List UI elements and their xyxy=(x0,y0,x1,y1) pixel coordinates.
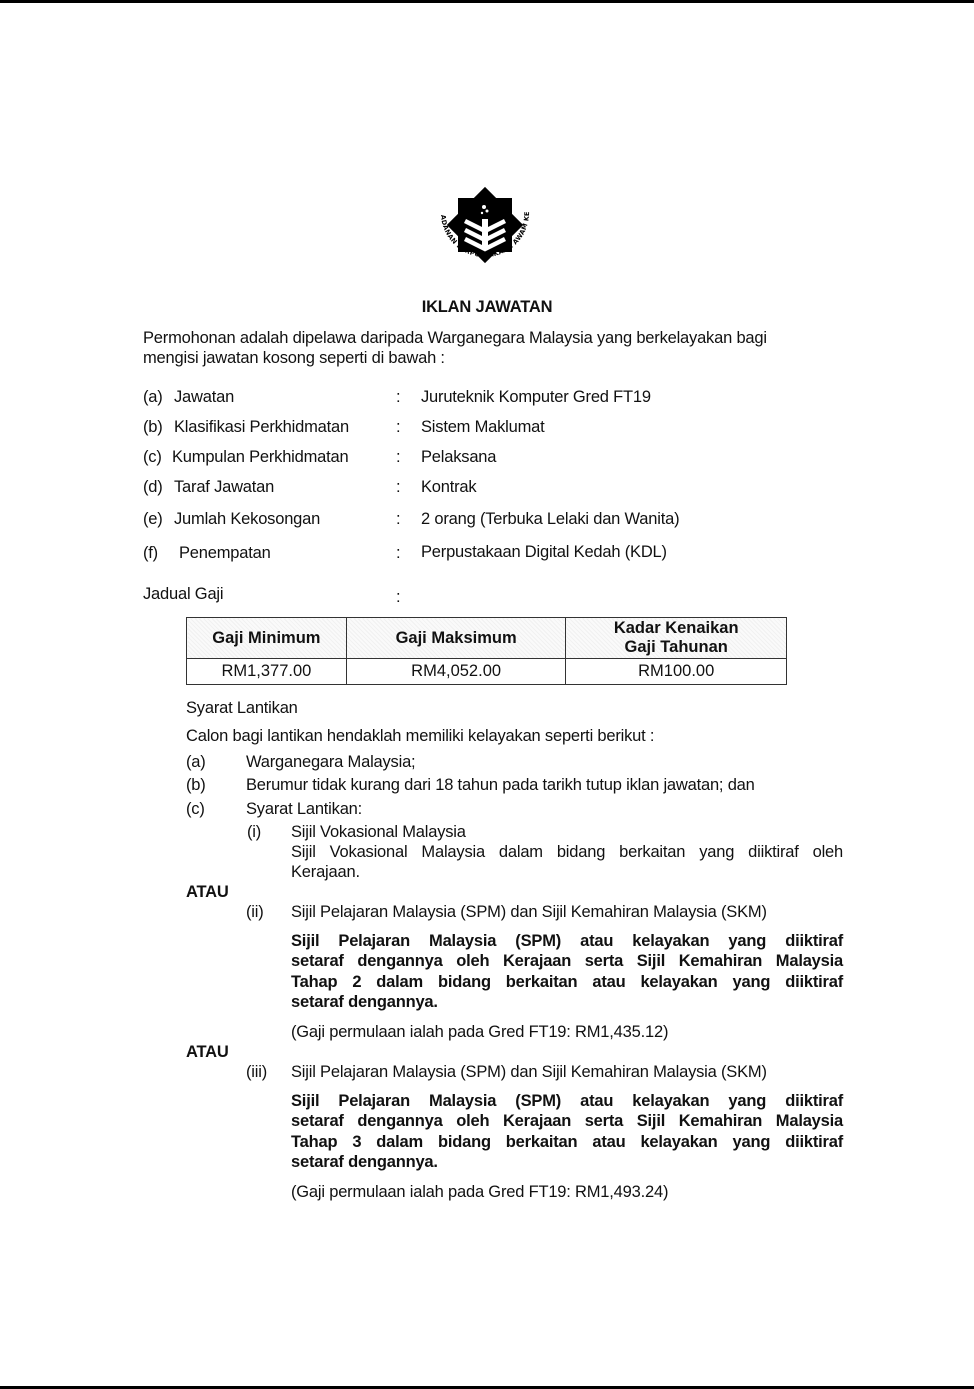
header-kadar-line-1: Kadar Kenaikan xyxy=(566,619,786,638)
option-desc-line-2: Kerajaan. xyxy=(291,863,360,882)
requirement-marker: (c) xyxy=(186,800,205,819)
detail-label: Taraf Jawatan xyxy=(174,478,274,497)
intro-line-2: mengisi jawatan kosong seperti di bawah … xyxy=(143,349,445,368)
header-kadar-line-2: Gaji Tahunan xyxy=(566,638,786,657)
option-title: Sijil Pelajaran Malaysia (SPM) dan Sijil… xyxy=(291,903,767,922)
option-connector-atau: ATAU xyxy=(186,883,229,902)
option-bold-line-3: Tahap 2 dalam bidang berkaitan atau kela… xyxy=(291,973,843,992)
header-gaji-minimum: Gaji Minimum xyxy=(187,618,347,659)
option-desc-line-1: Sijil Vokasional Malaysia dalam bidang b… xyxy=(291,843,843,862)
option-marker: (iii) xyxy=(246,1063,267,1082)
detail-label: Penempatan xyxy=(179,544,271,563)
detail-marker: (d) xyxy=(143,478,163,497)
detail-value: Perpustakaan Digital Kedah (KDL) xyxy=(421,543,667,562)
requirement-text: Syarat Lantikan: xyxy=(246,800,362,819)
detail-marker: (a) xyxy=(143,388,163,407)
value-kadar-kenaikan: RM100.00 xyxy=(566,659,787,685)
detail-value: Sistem Maklumat xyxy=(421,418,545,437)
detail-separator: : xyxy=(396,448,400,467)
option-title: Sijil Vokasional Malaysia xyxy=(291,823,466,842)
requirements-heading: Syarat Lantikan xyxy=(186,699,298,718)
option-salary-note: (Gaji permulaan ialah pada Gred FT19: RM… xyxy=(291,1023,668,1042)
requirement-text: Berumur tidak kurang dari 18 tahun pada … xyxy=(246,776,755,795)
detail-marker: (e) xyxy=(143,510,163,529)
salary-table-header-row: Gaji Minimum Gaji Maksimum Kadar Kenaika… xyxy=(187,618,787,659)
option-bold-line-2: setaraf dengannya oleh Kerajaan serta Si… xyxy=(291,1112,843,1131)
detail-value: Pelaksana xyxy=(421,448,496,467)
detail-marker: (f) xyxy=(143,544,158,563)
option-bold-line-1: Sijil Pelajaran Malaysia (SPM) atau kela… xyxy=(291,932,843,951)
detail-label: Klasifikasi Perkhidmatan xyxy=(174,418,349,437)
option-marker: (ii) xyxy=(246,903,264,922)
detail-separator: : xyxy=(396,388,400,407)
option-bold-line-2: setaraf dengannya oleh Kerajaan serta Si… xyxy=(291,952,843,971)
requirement-marker: (b) xyxy=(186,776,206,795)
option-salary-note: (Gaji permulaan ialah pada Gred FT19: RM… xyxy=(291,1183,668,1202)
option-bold-line-4: setaraf dengannya. xyxy=(291,993,438,1012)
option-bold-line-3: Tahap 3 dalam bidang berkaitan atau kela… xyxy=(291,1133,843,1152)
detail-value: Juruteknik Komputer Gred FT19 xyxy=(421,388,651,407)
option-connector-atau: ATAU xyxy=(186,1043,229,1062)
requirement-text: Warganegara Malaysia; xyxy=(246,753,415,772)
requirements-intro: Calon bagi lantikan hendaklah memiliki k… xyxy=(186,727,654,746)
option-bold-line-4: setaraf dengannya. xyxy=(291,1153,438,1172)
requirement-marker: (a) xyxy=(186,753,206,772)
detail-marker: (b) xyxy=(143,418,163,437)
salary-separator: : xyxy=(396,588,400,607)
value-gaji-minimum: RM1,377.00 xyxy=(187,659,347,685)
page-top-border xyxy=(0,0,974,3)
detail-value: 2 orang (Terbuka Lelaki dan Wanita) xyxy=(421,510,679,529)
star-wheat-emblem-icon: PERBADANAN PERPUSTAKAAN AWAM KEDAH xyxy=(425,183,545,283)
salary-table-row: RM1,377.00 RM4,052.00 RM100.00 xyxy=(187,659,787,685)
document-title: IKLAN JAWATAN xyxy=(0,298,974,317)
detail-label: Kumpulan Perkhidmatan xyxy=(172,448,349,467)
detail-separator: : xyxy=(396,544,400,563)
detail-marker: (c) xyxy=(143,448,162,467)
value-gaji-maksimum: RM4,052.00 xyxy=(346,659,566,685)
detail-label: Jawatan xyxy=(174,388,234,407)
detail-separator: : xyxy=(396,418,400,437)
detail-label: Jumlah Kekosongan xyxy=(174,510,320,529)
salary-label: Jadual Gaji xyxy=(143,585,223,604)
organization-logo: PERBADANAN PERPUSTAKAAN AWAM KEDAH xyxy=(425,183,545,283)
detail-separator: : xyxy=(396,478,400,497)
header-gaji-maksimum: Gaji Maksimum xyxy=(346,618,566,659)
option-marker: (i) xyxy=(247,823,261,842)
detail-separator: : xyxy=(396,510,400,529)
option-title: Sijil Pelajaran Malaysia (SPM) dan Sijil… xyxy=(291,1063,767,1082)
header-kadar-kenaikan: Kadar Kenaikan Gaji Tahunan xyxy=(566,618,787,659)
intro-line-1: Permohonan adalah dipelawa daripada Warg… xyxy=(143,329,767,348)
salary-table: Gaji Minimum Gaji Maksimum Kadar Kenaika… xyxy=(186,617,787,685)
detail-value: Kontrak xyxy=(421,478,476,497)
option-bold-line-1: Sijil Pelajaran Malaysia (SPM) atau kela… xyxy=(291,1092,843,1111)
